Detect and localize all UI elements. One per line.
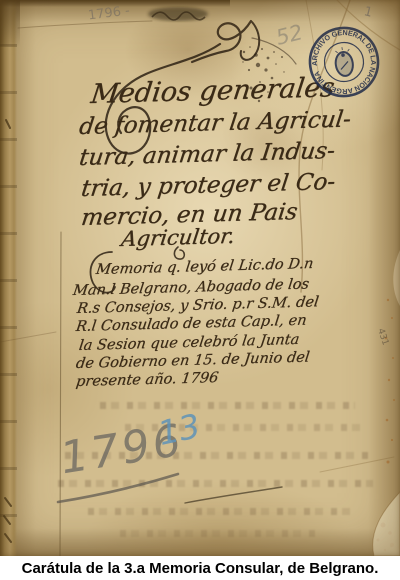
archive-stamp: ARCHIVO GENERAL DE LA NACION ARGENTINA [301, 19, 387, 105]
coat-of-arms-icon [333, 46, 354, 77]
caption-bar: Carátula de la 3.a Memoria Consular, de … [0, 556, 400, 580]
caption-text: Carátula de la 3.a Memoria Consular, de … [22, 560, 379, 577]
manuscript-photo: Medios generales de fomentar la Agricul-… [0, 0, 400, 556]
ink-smudge [148, 7, 208, 21]
manuscript-title-line: Agricultor. [120, 224, 236, 251]
binding-stitches [4, 120, 11, 542]
torn-corner [373, 250, 400, 556]
